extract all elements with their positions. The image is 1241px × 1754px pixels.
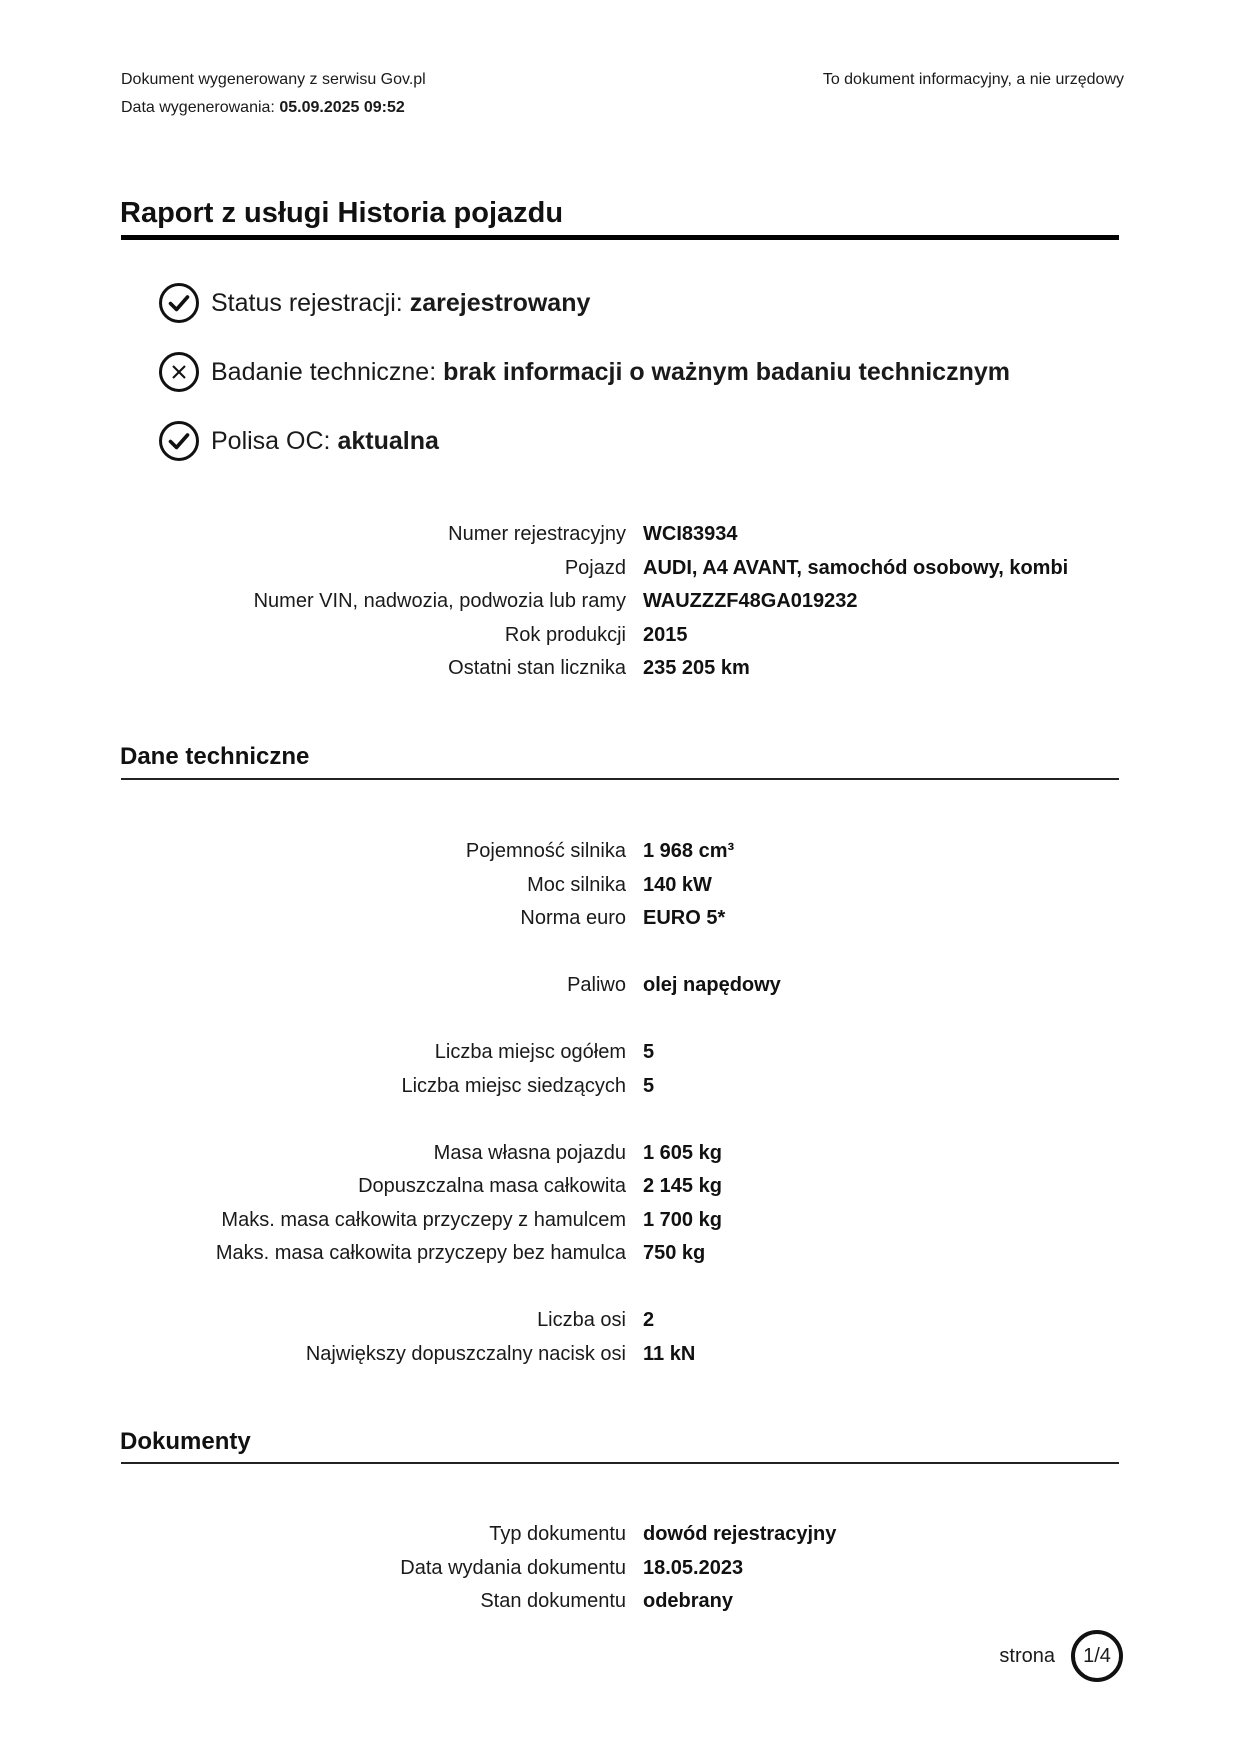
- page-number-badge: 1/4: [1071, 1630, 1123, 1682]
- field-label: Maks. masa całkowita przyczepy bez hamul…: [0, 1242, 643, 1265]
- document-row: Data wydania dokumentu18.05.2023: [0, 1552, 1241, 1586]
- field-value: EURO 5*: [643, 907, 725, 930]
- technical-row: Pojemność silnika1 968 cm³: [0, 835, 1241, 869]
- check-circle-icon: [158, 282, 200, 324]
- x-circle-icon: [158, 351, 200, 393]
- technical-row: Paliwoolej napędowy: [0, 969, 1241, 1003]
- field-value: 140 kW: [643, 874, 712, 897]
- section-divider: [121, 1462, 1119, 1464]
- field-value: 1 700 kg: [643, 1209, 722, 1232]
- field-label: Moc silnika: [0, 874, 643, 897]
- summary-row: PojazdAUDI, A4 AVANT, samochód osobowy, …: [0, 552, 1241, 586]
- technical-row: Maks. masa całkowita przyczepy z hamulce…: [0, 1204, 1241, 1238]
- document-row: Typ dokumentudowód rejestracyjny: [0, 1518, 1241, 1552]
- status-registration: Status rejestracji: zarejestrowany: [158, 280, 1010, 326]
- field-label: Masa własna pojazdu: [0, 1142, 643, 1165]
- field-label: Liczba miejsc siedzących: [0, 1075, 643, 1098]
- technical-row: Dopuszczalna masa całkowita2 145 kg: [0, 1170, 1241, 1204]
- field-value: AUDI, A4 AVANT, samochód osobowy, kombi: [643, 557, 1068, 580]
- field-value: 235 205 km: [643, 657, 750, 680]
- field-value: 5: [643, 1041, 654, 1064]
- generation-date-label: Data wygenerowania:: [121, 99, 275, 116]
- field-value: dowód rejestracyjny: [643, 1523, 836, 1546]
- status-insurance: Polisa OC: aktualna: [158, 418, 1010, 464]
- section-title-documents: Dokumenty: [120, 1428, 251, 1456]
- field-label: Liczba miejsc ogółem: [0, 1041, 643, 1064]
- field-label: Maks. masa całkowita przyczepy z hamulce…: [0, 1209, 643, 1232]
- field-label: Paliwo: [0, 974, 643, 997]
- technical-row: Liczba miejsc siedzących5: [0, 1070, 1241, 1104]
- field-label: Typ dokumentu: [0, 1523, 643, 1546]
- technical-row: Liczba miejsc ogółem5: [0, 1036, 1241, 1070]
- field-value: 18.05.2023: [643, 1557, 743, 1580]
- field-value: 1 605 kg: [643, 1142, 722, 1165]
- technical-data: Pojemność silnika1 968 cm³ Moc silnika14…: [0, 835, 1241, 1371]
- title-divider: [121, 235, 1119, 240]
- field-label: Dopuszczalna masa całkowita: [0, 1175, 643, 1198]
- technical-row: Maks. masa całkowita przyczepy bez hamul…: [0, 1237, 1241, 1271]
- status-value: brak informacji o ważnym badaniu technic…: [443, 358, 1010, 387]
- summary-row: Ostatni stan licznika235 205 km: [0, 652, 1241, 686]
- status-inspection: Badanie techniczne: brak informacji o wa…: [158, 349, 1010, 395]
- section-divider: [121, 778, 1119, 780]
- field-label: Ostatni stan licznika: [0, 657, 643, 680]
- check-circle-icon: [158, 420, 200, 462]
- source-note: Dokument wygenerowany z serwisu Gov.pl: [121, 71, 426, 89]
- disclaimer: To dokument informacyjny, a nie urzędowy: [823, 71, 1124, 89]
- field-label: Pojemność silnika: [0, 840, 643, 863]
- technical-row: Norma euroEURO 5*: [0, 902, 1241, 936]
- section-title-technical: Dane techniczne: [120, 743, 309, 771]
- page-label: strona: [999, 1645, 1055, 1668]
- generation-date-value: 05.09.2025 09:52: [279, 99, 404, 116]
- technical-row: Moc silnika140 kW: [0, 869, 1241, 903]
- technical-row: Liczba osi2: [0, 1304, 1241, 1338]
- summary-row: Rok produkcji2015: [0, 619, 1241, 653]
- generation-date: Data wygenerowania: 05.09.2025 09:52: [121, 99, 405, 117]
- field-label: Liczba osi: [0, 1309, 643, 1332]
- field-label: Stan dokumentu: [0, 1590, 643, 1613]
- field-value: olej napędowy: [643, 974, 781, 997]
- page-footer: strona 1/4: [999, 1630, 1123, 1682]
- status-list: Status rejestracji: zarejestrowany Badan…: [158, 280, 1010, 487]
- field-value: 11 kN: [643, 1343, 695, 1366]
- field-label: Numer VIN, nadwozia, podwozia lub ramy: [0, 590, 643, 613]
- document-row: Stan dokumentuodebrany: [0, 1585, 1241, 1619]
- field-value: 5: [643, 1075, 654, 1098]
- field-value: 750 kg: [643, 1242, 705, 1265]
- status-label: Status rejestracji:: [211, 289, 403, 318]
- field-value: 2 145 kg: [643, 1175, 722, 1198]
- field-label: Pojazd: [0, 557, 643, 580]
- status-label: Badanie techniczne:: [211, 358, 436, 387]
- technical-row: Największy dopuszczalny nacisk osi11 kN: [0, 1338, 1241, 1372]
- status-value: aktualna: [337, 427, 438, 456]
- technical-row: Masa własna pojazdu1 605 kg: [0, 1137, 1241, 1171]
- field-value: odebrany: [643, 1590, 733, 1613]
- status-value: zarejestrowany: [410, 289, 591, 318]
- field-label: Rok produkcji: [0, 624, 643, 647]
- field-value: WAUZZZF48GA019232: [643, 590, 858, 613]
- summary-row: Numer rejestracyjnyWCI83934: [0, 518, 1241, 552]
- field-value: 1 968 cm³: [643, 840, 734, 863]
- field-label: Numer rejestracyjny: [0, 523, 643, 546]
- field-label: Największy dopuszczalny nacisk osi: [0, 1343, 643, 1366]
- field-value: 2015: [643, 624, 688, 647]
- field-label: Data wydania dokumentu: [0, 1557, 643, 1580]
- field-label: Norma euro: [0, 907, 643, 930]
- status-label: Polisa OC:: [211, 427, 330, 456]
- field-value: WCI83934: [643, 523, 738, 546]
- summary-row: Numer VIN, nadwozia, podwozia lub ramyWA…: [0, 585, 1241, 619]
- vehicle-summary: Numer rejestracyjnyWCI83934 PojazdAUDI, …: [0, 518, 1241, 686]
- report-title: Raport z usługi Historia pojazdu: [120, 197, 563, 230]
- field-value: 2: [643, 1309, 654, 1332]
- documents-data: Typ dokumentudowód rejestracyjny Data wy…: [0, 1518, 1241, 1619]
